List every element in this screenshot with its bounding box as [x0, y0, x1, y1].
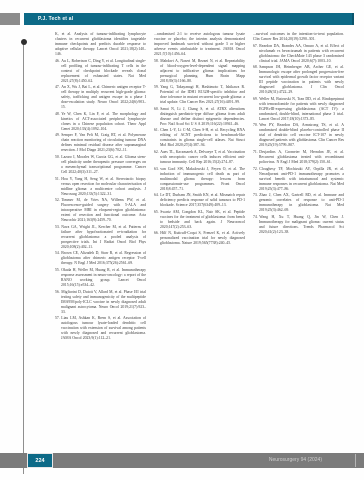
reference-text: Hou Y, Yang H, Seng W, et al. Stereotact…	[61, 177, 146, 196]
reference-text: Okada H, Weller M, Huang R, et al. Immun…	[61, 268, 146, 287]
reference-text: Timmer M, de Vries NA, Willems PW, et al…	[61, 198, 146, 222]
reference-entry: 64.Le DT, Durham JN, Smith KN, et al. Mi…	[154, 193, 245, 208]
reference-text: Lazaro I, Morales W, Garcia GG, et al. G…	[61, 155, 146, 174]
reference-text: Weller M, Butowski N, Tran DD, et al. Ri…	[259, 97, 344, 121]
reference-entry: 54.Brown CE, Alizadeh D, Starr R, et al.…	[55, 251, 146, 266]
reference-entry: 62.Aaes TL, Kaczmarek A, Delvaeye T, et …	[154, 150, 245, 165]
reference-entry: 73.Zhao J, Chen AX, Gartrell RD, et al. …	[253, 193, 344, 213]
reference-entry: 58.Mahdavi A, Naseri M, Rezaei N, et al.…	[154, 59, 245, 84]
reference-text: Ye W, Chen K, Lin F, et al. The morpholo…	[61, 112, 146, 131]
reference-text: van Gool SW, Makalowski J, Feyen O, et a…	[160, 167, 245, 191]
reference-text: Aaes TL, Kaczmarek A, Delvaeye T, et al.…	[160, 150, 245, 164]
reference-entry: 71.Desjardins A, Gromeier M, Herndon JE,…	[253, 150, 344, 165]
reference-text: An X, Wu J, Bai L, et al. Chimeric antig…	[61, 85, 146, 109]
reference-text: Wen PY, Reardon DA, Armstrong TS, et al.…	[259, 123, 344, 147]
reference-entry: 66.Hilf N, Kuttruff-Coqui S, Frenzel K, …	[154, 231, 245, 246]
reference-text: Wang H, Xu T, Huang Q, Jin W, Chen J. Im…	[259, 215, 344, 234]
references-column-1: K, et al. Analysis of tumour-infiltratin…	[55, 32, 146, 343]
running-head-title: P.J. Tech et al	[38, 16, 73, 22]
reference-entry: 69.Weller M, Butowski N, Tran DD, et al.…	[253, 97, 344, 122]
reference-text: Yang G, Takayanagi H, Hashimoto T, Ishik…	[160, 85, 245, 104]
reference-text: Zhao J, Chen AX, Gartrell RD, et al. Imm…	[259, 193, 344, 212]
reference-entry: 72.Cloughesy TF, Mochizuki AY, Orpilla J…	[253, 167, 344, 192]
references-column-3: ...survival outcomes in the intention-to…	[253, 32, 344, 343]
margin-proof-line	[23, 42, 24, 474]
reference-text: Liau LM, Ashkan K, Brem S, et al. Associ…	[61, 316, 146, 340]
reference-entry: 47.An X, Wu J, Bai L, et al. Chimeric an…	[55, 85, 146, 110]
reference-entry: 68.Sampson JH, Heimberger AB, Archer GE,…	[253, 65, 344, 95]
reference-text: ...survival outcomes in the intention-to…	[253, 32, 344, 41]
reference-entry: 55.Okada H, Weller M, Huang R, et al. Im…	[55, 268, 146, 288]
footer-edge-tick	[355, 454, 356, 467]
reference-text: Chen L-Y, Li C-M, Chen S-H, et al. Recyc…	[160, 128, 245, 147]
margin-proof-dot	[21, 39, 27, 45]
reference-text: Hilf N, Kuttruff-Coqui S, Frenzel K, et …	[160, 231, 245, 245]
reference-entry: 59.Yang G, Takayanagi H, Hashimoto T, Is…	[154, 85, 245, 105]
reference-text: Sanai N, Li J, Chang S, et al. ATRX alte…	[160, 107, 245, 126]
reference-entry: 49.Semper F, Van Pelt M, Craig RT, et al…	[55, 133, 146, 153]
reference-entry: 60.Sanai N, Li J, Chang S, et al. ATRX a…	[154, 107, 245, 127]
reference-entry: 57.Liau LM, Ashkan K, Brem S, et al. Ass…	[55, 316, 146, 341]
reference-entry: 63.van Gool SW, Makalowski J, Feyen O, e…	[154, 167, 245, 192]
reference-text: ...randomised 2:1 to receive autologous …	[154, 32, 245, 56]
reference-entry: 65.Swartz AM, Congdon KL, Nair SK, et al…	[154, 210, 245, 230]
reference-entry: 61.Chen L-Y, Li C-M, Chen S-H, et al. Re…	[154, 128, 245, 148]
reference-continuation: ...randomised 2:1 to receive autologous …	[154, 32, 245, 57]
reference-entry: 70.Wen PY, Reardon DA, Armstrong TS, et …	[253, 123, 344, 148]
reference-text: Nava GA, Wright JL, Kercher M, et al. Pa…	[61, 225, 146, 249]
reference-entry: 56.Migliorini D, Dutoit V, Allard M, et …	[55, 290, 146, 315]
reference-text: Sampson JH, Heimberger AB, Archer GE, et…	[259, 65, 344, 94]
reference-entry: 46.Au L, Robertson C, Ding Y, et al. Lon…	[55, 59, 146, 84]
reference-text: Brown CE, Alizadeh D, Starr R, et al. Re…	[61, 251, 146, 265]
reference-continuation: K, et al. Analysis of tumour-infiltratin…	[55, 32, 146, 57]
header-tab-block	[0, 13, 20, 25]
page-number: 224	[35, 458, 44, 464]
reference-entry: 50.Lazaro I, Morales W, Garcia GG, et al…	[55, 155, 146, 175]
reference-text: Semper F, Van Pelt M, Craig RT, et al. P…	[61, 133, 146, 152]
references-section: K, et al. Analysis of tumour-infiltratin…	[55, 32, 345, 343]
paper-page: P.J. Tech et al K, et al. Analysis of tu…	[0, 0, 364, 480]
reference-entry: 48.Ye W, Chen K, Lin F, et al. The morph…	[55, 112, 146, 132]
reference-text: Swartz AM, Congdon KL, Nair SK, et al. P…	[160, 210, 245, 229]
reference-text: Le DT, Durham JN, Smith KN, et al. Misma…	[160, 193, 245, 207]
reference-entry: 52.Timmer M, de Vries NA, Willems PW, et…	[55, 198, 146, 223]
reference-text: K, et al. Analysis of tumour-infiltratin…	[55, 32, 146, 56]
reference-entry: 74.Wang H, Xu T, Huang Q, Jin W, Chen J.…	[253, 215, 344, 235]
reference-entry: 67.Reardon DA, Brandes AA, Omuro A, et a…	[253, 44, 344, 64]
footer-journal-line: Neurosurgery 94 (2024)	[269, 457, 322, 463]
reference-text: Mahdavi A, Naseri M, Rezaei N, et al. Re…	[160, 59, 245, 83]
reference-entry: 51.Hou Y, Yang H, Seng W, et al. Stereot…	[55, 177, 146, 197]
references-column-2: ...randomised 2:1 to receive autologous …	[154, 32, 245, 343]
reference-text: Desjardins A, Gromeier M, Herndon JE, et…	[259, 150, 344, 164]
page-number-badge: 224	[28, 454, 52, 467]
running-head-bar: P.J. Tech et al	[24, 13, 354, 25]
reference-text: Reardon DA, Brandes AA, Omuro A, et al. …	[259, 44, 344, 63]
reference-text: Cloughesy TF, Mochizuki AY, Orpilla JR, …	[259, 167, 344, 191]
reference-text: Au L, Robertson C, Ding Y, et al. Longit…	[61, 59, 146, 83]
reference-continuation: ...survival outcomes in the intention-to…	[253, 32, 344, 42]
reference-entry: 53.Nava GA, Wright JL, Kercher M, et al.…	[55, 225, 146, 250]
reference-text: Migliorini D, Dutoit V, Allard M, et al.…	[61, 290, 146, 314]
